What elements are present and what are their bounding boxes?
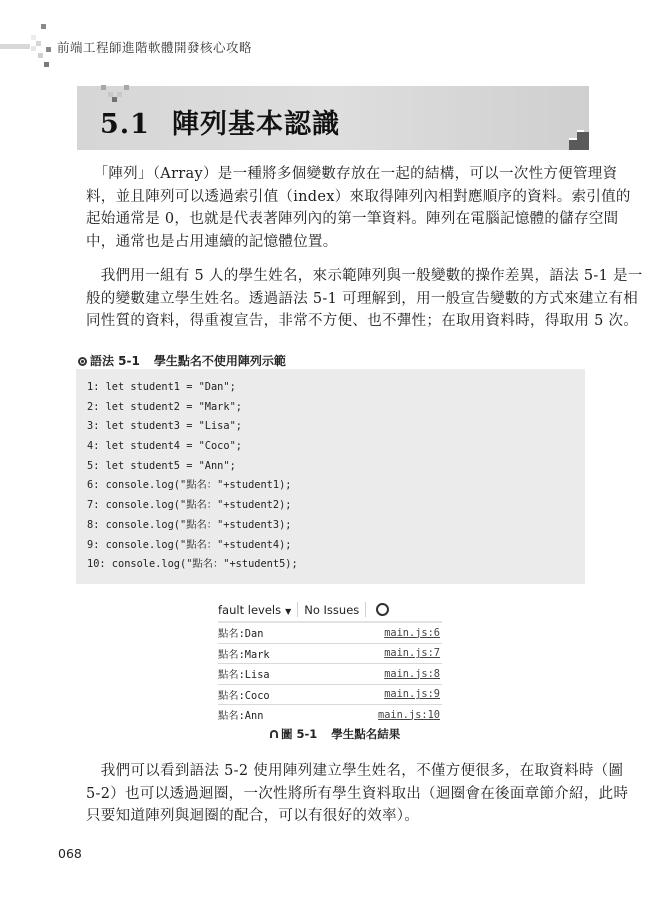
paragraph-line: 料，並且陣列可以透過索引值（index）來取得陣列內相對應順序的資料。索引值的 [86, 186, 586, 209]
console-row: 點名:Lisa main.js:8 [218, 664, 442, 685]
header-decoration-bar [0, 44, 30, 49]
console-row: 點名:Mark main.js:7 [218, 644, 442, 665]
section-number: 5.1 [100, 109, 150, 140]
dropdown-caret-icon: ▼ [285, 607, 291, 616]
figure-bullet-icon [270, 730, 278, 738]
code-line: 8: console.log("點名："+student3); [87, 516, 585, 536]
gear-icon [376, 603, 389, 616]
console-row: 點名:Dan main.js:6 [218, 623, 442, 644]
log-levels-dropdown: fault levels▼ [218, 603, 291, 617]
code-line: 9: console.log("點名："+student4); [87, 536, 585, 556]
paragraph-line: 「陣列」（Array）是一種將多個變數存放在一起的結構，可以一次性方便管理資 [86, 163, 586, 186]
code-line: 5: let student5 = "Ann"; [87, 457, 585, 477]
console-source-link: main.js:8 [384, 668, 440, 680]
figure-caption: 圖 5-1學生點名結果 [270, 726, 400, 742]
page-number: 068 [58, 846, 82, 861]
console-screenshot: fault levels▼ No Issues 點名:Dan main.js:6… [218, 598, 442, 725]
code-line: 6: console.log("點名："+student1); [87, 476, 585, 496]
code-line: 3: let student3 = "Lisa"; [87, 417, 585, 437]
console-row: 點名:Ann main.js:10 [218, 705, 442, 725]
console-message: 點名:Lisa [218, 666, 270, 681]
code-line: 2: let student2 = "Mark"; [87, 398, 585, 418]
listing-label: 語法 5-1 [90, 354, 140, 368]
code-line: 4: let student4 = "Coco"; [87, 437, 585, 457]
code-block: 1: let student1 = "Dan"; 2: let student2… [76, 369, 585, 584]
paragraph-line: 同性質的資料，得重複宣告，非常不方便、也不彈性；在取用資料時，得取用 5 次。 [86, 310, 586, 333]
console-source-link: main.js:9 [384, 688, 440, 700]
figure-title: 學生點名結果 [331, 727, 400, 741]
console-message: 點名:Mark [218, 646, 270, 661]
paragraph-line: 中，通常也是占用連續的記憶體位置。 [86, 231, 586, 254]
running-header-title: 前端工程師進階軟體開發核心攻略 [57, 38, 252, 56]
console-toolbar: fault levels▼ No Issues [218, 598, 442, 623]
console-message: 點名:Dan [218, 625, 263, 640]
code-line: 7: console.log("點名："+student2); [87, 496, 585, 516]
listing-title: 學生點名不使用陣列示範 [154, 354, 286, 368]
log-levels-label: fault levels [218, 603, 281, 617]
body-paragraph-1: 「陣列」（Array）是一種將多個變數存放在一起的結構，可以一次性方便管理資 料… [86, 163, 586, 253]
section-title: 陣列基本認識 [172, 109, 340, 140]
body-paragraph-2: 我們用一組有 5 人的學生姓名，來示範陣列與一般變數的操作差異，語法 5-1 是… [86, 265, 586, 333]
figure-label: 圖 5-1 [281, 727, 317, 741]
listing-bullet-icon [78, 357, 87, 366]
console-message: 點名:Ann [218, 707, 263, 722]
toolbar-divider [365, 602, 366, 617]
listing-caption: 語法 5-1學生點名不使用陣列示範 [78, 352, 286, 369]
code-line: 1: let student1 = "Dan"; [87, 378, 585, 398]
console-source-link: main.js:6 [384, 627, 440, 639]
paragraph-line: 我們用一組有 5 人的學生姓名，來示範陣列與一般變數的操作差異，語法 5-1 是… [86, 265, 586, 288]
console-row: 點名:Coco main.js:9 [218, 685, 442, 706]
paragraph-line: 起始通常是 0，也就是代表著陣列內的第一筆資料。陣列在電腦記憶體的儲存空間 [86, 208, 586, 231]
section-heading: 5.1陣列基本認識 [100, 102, 340, 141]
code-line: 10: console.log("點名："+student5); [87, 555, 585, 575]
paragraph-line: 5-2）也可以透過迴圈，一次性將所有學生資料取出（迴圈會在後面章節介紹，此時 [86, 783, 586, 806]
console-source-link: main.js:10 [378, 709, 440, 721]
toolbar-divider [297, 602, 298, 617]
paragraph-line: 只要知道陣列與迴圈的配合，可以有很好的效率）。 [86, 805, 586, 828]
paragraph-line: 我們可以看到語法 5-2 使用陣列建立學生姓名，不僅方便很多，在取資料時（圖 [86, 760, 586, 783]
issues-label: No Issues [304, 603, 359, 617]
paragraph-line: 般的變數建立學生姓名。透過語法 5-1 可理解到，用一般宣告變數的方式來建立有相 [86, 288, 586, 311]
console-source-link: main.js:7 [384, 647, 440, 659]
console-message: 點名:Coco [218, 687, 270, 702]
body-paragraph-3: 我們可以看到語法 5-2 使用陣列建立學生姓名，不僅方便很多，在取資料時（圖 5… [86, 760, 586, 828]
